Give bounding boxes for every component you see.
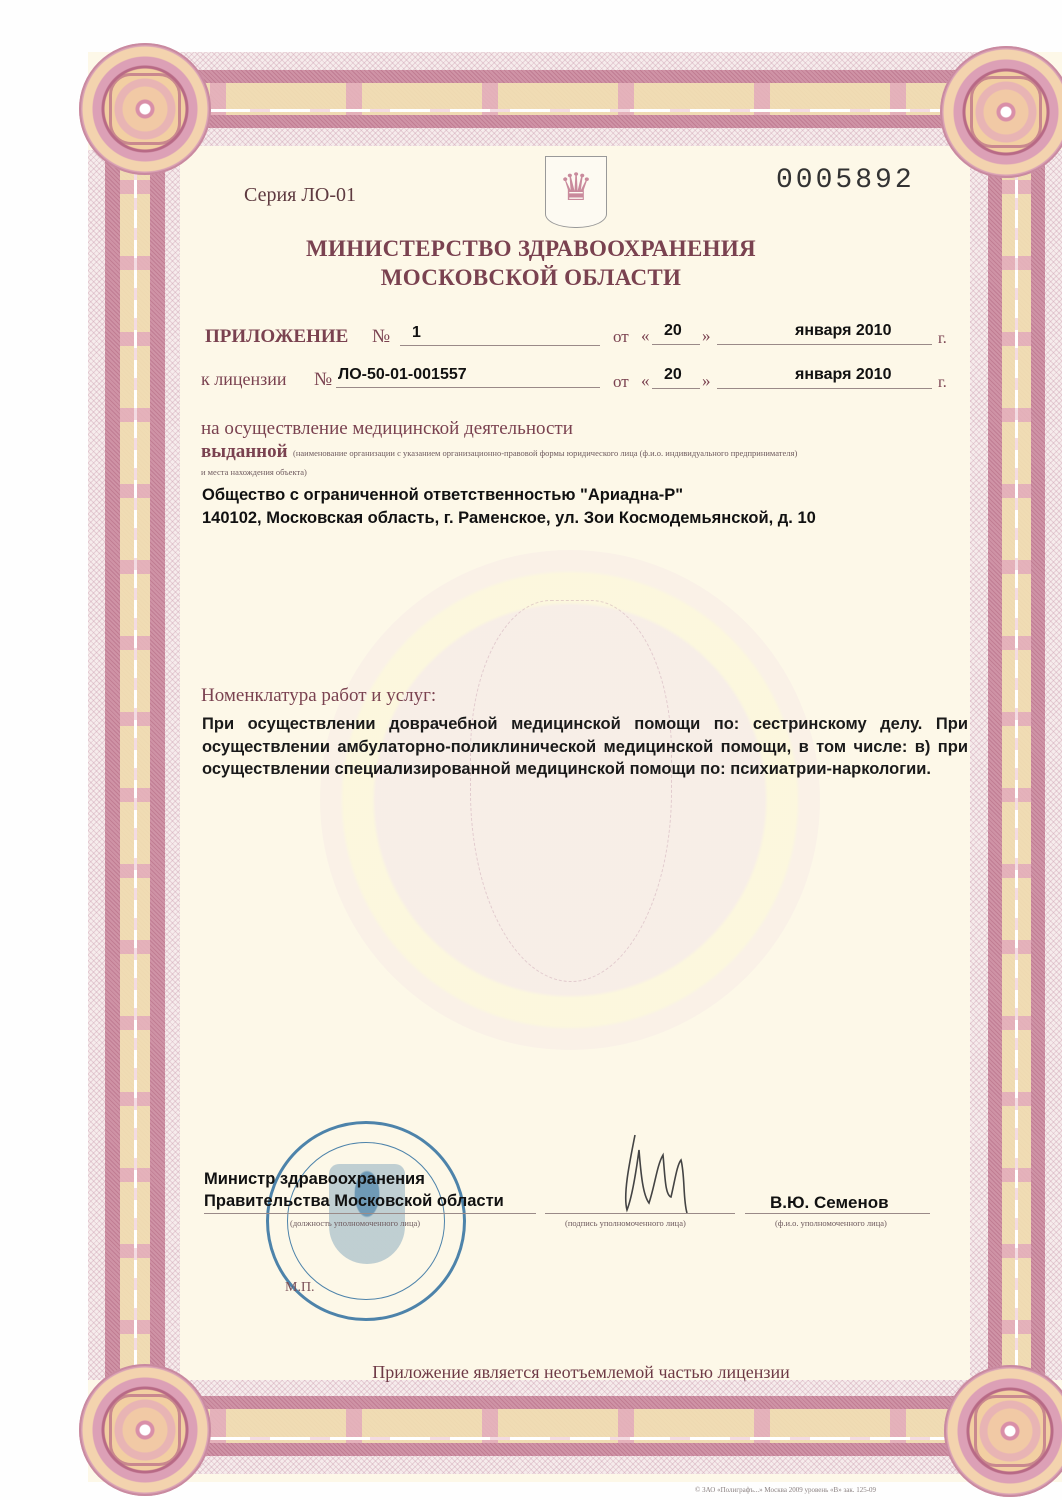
border-lace-bottom-outer	[150, 1456, 980, 1474]
border-lace-left-outer	[88, 150, 105, 1380]
appendix-quote-open: «	[641, 326, 650, 346]
position-underline	[204, 1213, 536, 1214]
position-hint: (должность уполномоченного лица)	[290, 1218, 420, 1228]
appendix-integral-part-note: Приложение является неотъемлемой частью …	[0, 1362, 1062, 1383]
services-text: При осуществлении доврачебной медицинско…	[202, 713, 968, 781]
name-underline	[745, 1213, 930, 1214]
name-hint: (ф.и.о. уполномоченного лица)	[775, 1218, 887, 1228]
signatory-position-line1: Министр здравоохранения	[204, 1170, 425, 1189]
handwritten-signature	[615, 1125, 695, 1220]
license-year-suffix: г.	[938, 374, 947, 392]
issued-hint-line2: и места нахождения объекта)	[201, 467, 307, 477]
border-lace-top-outer	[150, 52, 980, 70]
organization-name: Общество с ограниченной ответственностью…	[202, 486, 683, 505]
corner-rosette-top-left	[79, 43, 211, 175]
border-lace-left-inner	[165, 150, 180, 1380]
corner-rosette-bottom-left	[79, 1364, 211, 1496]
license-month-year: января 2010	[795, 366, 891, 384]
license-number-underline	[336, 387, 600, 388]
license-from-label: от	[613, 372, 629, 392]
license-number-sign: №	[314, 369, 332, 391]
ministry-title-line1: МИНИСТЕРСТВО ЗДРАВООХРАНЕНИЯ	[0, 236, 1062, 262]
signature-underline	[545, 1213, 735, 1214]
printer-imprint: © ЗАО «Полиграфъ...» Москва 2009 уровень…	[695, 1486, 876, 1494]
services-title: Номенклатура работ и услуг:	[201, 685, 436, 707]
corner-rosette-top-right	[940, 46, 1062, 178]
appendix-day: 20	[664, 322, 682, 340]
organization-address: 140102, Московская область, г. Раменское…	[202, 509, 816, 528]
border-lace-right-inner	[970, 150, 988, 1380]
border-band-left	[105, 150, 165, 1380]
appendix-date-underline	[717, 344, 932, 345]
series-label: Серия ЛО-01	[244, 184, 356, 207]
border-band-top	[150, 70, 980, 128]
license-day: 20	[664, 366, 682, 384]
license-quote-open: «	[641, 371, 650, 391]
border-band-bottom	[150, 1396, 980, 1456]
appendix-quote-close: »	[702, 326, 711, 346]
appendix-number-sign: №	[372, 326, 390, 348]
border-band-right	[988, 150, 1045, 1380]
signature-hint: (подпись уполномоченного лица)	[565, 1218, 686, 1228]
watermark-eagle-emblem	[470, 600, 672, 982]
border-lace-top-inner	[150, 128, 980, 146]
appendix-number-underline	[400, 345, 600, 346]
coat-of-arms-shield: ♛	[545, 156, 607, 228]
signatory-position-line2: Правительства Московской области	[204, 1192, 504, 1211]
license-label: к лицензии	[201, 369, 287, 390]
appendix-label: ПРИЛОЖЕНИЕ	[205, 326, 348, 348]
activity-label: на осуществление медицинской деятельност…	[201, 418, 573, 440]
appendix-year-suffix: г.	[938, 330, 947, 348]
border-lace-right-outer	[1045, 150, 1062, 1380]
license-day-underline	[652, 388, 700, 389]
appendix-month-year: января 2010	[795, 322, 891, 340]
issued-label: выданной	[201, 441, 288, 463]
blank-number: 0005892	[776, 165, 915, 196]
issued-hint-line1: (наименование организации с указанием ор…	[293, 448, 797, 458]
appendix-day-underline	[652, 344, 700, 345]
appendix-from-label: от	[613, 327, 629, 347]
license-number: ЛО-50-01-001557	[338, 366, 467, 384]
ministry-title-line2: МОСКОВСКОЙ ОБЛАСТИ	[0, 265, 1062, 291]
license-quote-close: »	[702, 371, 711, 391]
seal-place-label: М.П.	[285, 1280, 315, 1296]
license-date-underline	[717, 388, 932, 389]
signatory-name: В.Ю. Семенов	[770, 1193, 889, 1213]
appendix-number: 1	[412, 324, 421, 342]
russian-coat-of-arms-icon: ♛	[556, 165, 596, 211]
